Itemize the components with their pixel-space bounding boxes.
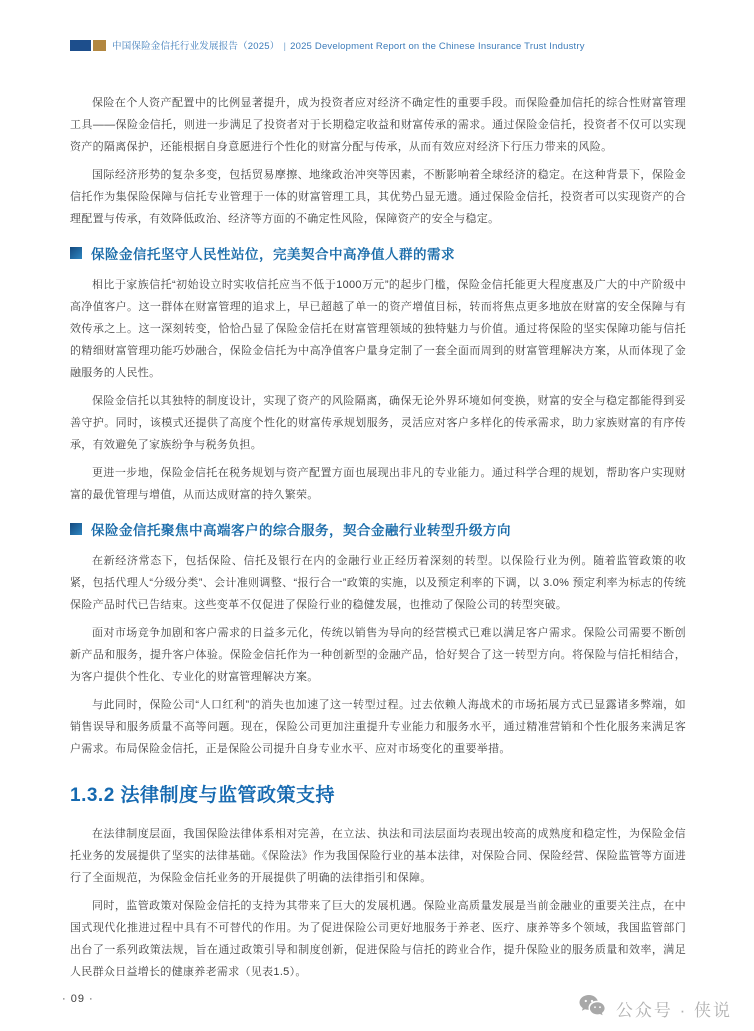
section-heading-1-3-2: 1.3.2 法律制度与监管政策支持 <box>70 780 686 807</box>
watermark: 公众号 · 侠说 <box>578 994 732 1023</box>
section2-paragraph: 面对市场竞争加剧和客户需求的日益多元化，传统以销售为导向的经营模式已难以满足客户… <box>70 622 686 688</box>
report-logo-icon <box>70 40 106 51</box>
logo-block-tan-icon <box>93 40 106 51</box>
header-title-en: 2025 Development Report on the Chinese I… <box>290 41 585 52</box>
header-title-separator: | <box>283 41 286 52</box>
sub-heading-2-text: 保险金信托聚焦中高端客户的综合服务，契合金融行业转型升级方向 <box>91 519 511 539</box>
sub-heading-2: 保险金信托聚焦中高端客户的综合服务，契合金融行业转型升级方向 <box>70 519 686 539</box>
section1-paragraph: 更进一步地，保险金信托在税务规划与资产配置方面也展现出非凡的专业能力。通过科学合… <box>70 462 686 506</box>
sub-heading-1-text: 保险金信托坚守人民性站位，完美契合中高净值人群的需求 <box>91 243 455 263</box>
square-bullet-icon <box>70 247 82 259</box>
header-title-zh: 中国保险金信托行业发展报告（2025） <box>112 41 279 52</box>
section2-paragraph: 与此同时，保险公司“人口红利”的消失也加速了这一转型过程。过去依赖人海战术的市场… <box>70 694 686 760</box>
report-page: 中国保险金信托行业发展报告（2025）|2025 Development Rep… <box>0 0 754 1031</box>
section1-paragraph: 保险金信托以其独特的制度设计，实现了资产的风险隔离，确保无论外界环境如何变换，财… <box>70 390 686 456</box>
intro-paragraph: 国际经济形势的复杂多变，包括贸易摩擦、地缘政治冲突等因素，不断影响着全球经济的稳… <box>70 164 686 230</box>
wechat-icon <box>578 994 608 1023</box>
square-bullet-icon <box>70 523 82 535</box>
section2-paragraph: 在新经济常态下，包括保险、信托及银行在内的金融行业正经历着深刻的转型。以保险行业… <box>70 550 686 616</box>
page-number: · 09 · <box>62 993 94 1005</box>
sub-heading-1: 保险金信托坚守人民性站位，完美契合中高净值人群的需求 <box>70 243 686 263</box>
intro-paragraph: 保险在个人资产配置中的比例显著提升，成为投资者应对经济不确定性的重要手段。而保险… <box>70 92 686 158</box>
logo-block-blue-icon <box>70 40 91 51</box>
section3-paragraph: 同时，监管政策对保险金信托的支持为其带来了巨大的发展机遇。保险业高质量发展是当前… <box>70 895 686 983</box>
header-title: 中国保险金信托行业发展报告（2025）|2025 Development Rep… <box>112 38 585 52</box>
section1-paragraph: 相比于家族信托“初始设立时实收信托应当不低于1000万元”的起步门槛，保险金信托… <box>70 274 686 384</box>
page-content: 保险在个人资产配置中的比例显著提升，成为投资者应对经济不确定性的重要手段。而保险… <box>70 92 686 989</box>
section3-paragraph: 在法律制度层面，我国保险法律体系相对完善，在立法、执法和司法层面均表现出较高的成… <box>70 823 686 889</box>
watermark-text: 公众号 · 侠说 <box>616 996 732 1021</box>
page-header: 中国保险金信托行业发展报告（2025）|2025 Development Rep… <box>70 38 694 52</box>
